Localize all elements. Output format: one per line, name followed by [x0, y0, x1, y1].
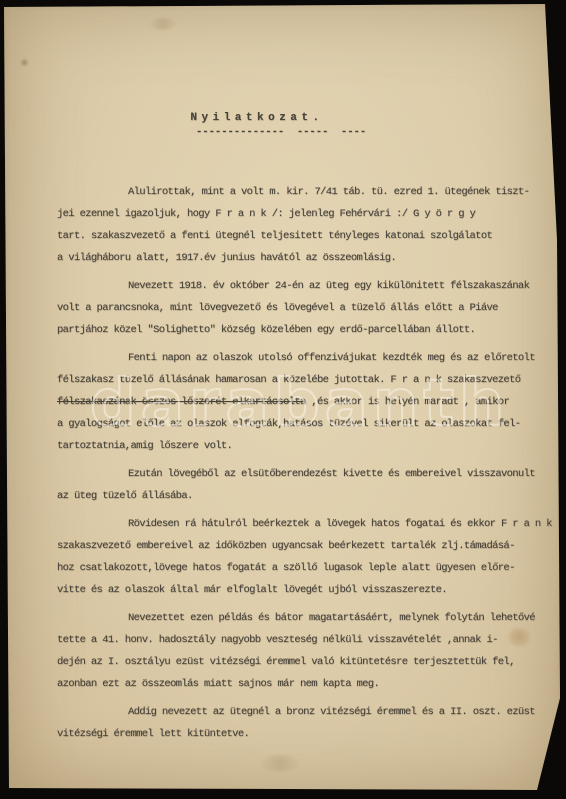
- text-line: dején az I. osztályu ezüst vitézségi ére…: [57, 651, 535, 673]
- document-title: Nyilatkozat.: [0, 112, 540, 124]
- document-body: Alulirottak, mint a volt m. kir. 7/41 tá…: [57, 181, 535, 751]
- text-line: a gyalogságot előle az olaszok elfogták,…: [57, 413, 535, 435]
- text-line: jei ezennel igazoljuk, hogy F r a n k /:…: [57, 203, 535, 225]
- text-line: Rövidesen rá hátulról beérkeztek a löveg…: [57, 513, 535, 535]
- text-line: Ezután lövegéből az elsütőberendezést ki…: [57, 463, 535, 485]
- struck-text: félszakaszának összes lőszerét elkartács…: [57, 396, 306, 408]
- paragraph: Nevezettet ezen példás és bátor magatart…: [57, 607, 535, 695]
- text-line: Nevezett 1918. év október 24-én az üteg …: [57, 275, 535, 297]
- text-line: tartoztatnia,amig lőszere volt.: [57, 435, 535, 457]
- text-line: Addig nevezett az ütegnél a bronz vitézs…: [57, 701, 535, 723]
- text-line: vitézségi éremmel lett kitüntetve.: [57, 723, 535, 745]
- text-line: Fenti napon az olaszok utolsó offenziváj…: [57, 347, 535, 369]
- text-line: Nevezettet ezen példás és bátor magatart…: [57, 607, 535, 629]
- text-line: volt a parancsnoka, mint lövegvezető és …: [57, 297, 535, 319]
- paragraph: Nevezett 1918. év október 24-én az üteg …: [57, 275, 535, 341]
- text-line: félszakaszának összes lőszerét elkartács…: [57, 391, 535, 413]
- paper-sheet: Nyilatkozat. -------------- ----- ---- A…: [0, 0, 566, 799]
- text-line: azonban ezt az összeomlás miatt sajnos m…: [57, 673, 535, 695]
- paragraph: Ezután lövegéből az elsütőberendezést ki…: [57, 463, 535, 507]
- text-segment: ,és akkor is helyén maradt , amikor: [306, 396, 509, 408]
- paragraph: Addig nevezett az ütegnél a bronz vitézs…: [57, 701, 535, 745]
- paragraph: Alulirottak, mint a volt m. kir. 7/41 tá…: [57, 181, 535, 269]
- paper-stain: [260, 755, 300, 771]
- title-underline: -------------- ----- ----: [196, 126, 366, 138]
- paragraph: Fenti napon az olaszok utolsó offenziváj…: [57, 347, 535, 457]
- text-line: tart. szakaszvezető a fenti ütegnél telj…: [57, 225, 535, 247]
- text-line: vitte és az olaszok által már elfoglalt …: [57, 579, 535, 601]
- paper-stain: [21, 59, 28, 66]
- text-line: tette a 41. honv. hadosztály nagyobb ves…: [57, 629, 535, 651]
- text-line: szakaszvezető embereivel az időközben ug…: [57, 535, 535, 557]
- paper-stain: [150, 18, 176, 30]
- text-line: Alulirottak, mint a volt m. kir. 7/41 tá…: [57, 181, 535, 203]
- text-line: az üteg tüzelő állásába.: [57, 485, 535, 507]
- text-line: hoz csatlakozott,lövege hatos fogatát a …: [57, 557, 535, 579]
- scanned-document: Nyilatkozat. -------------- ----- ---- A…: [0, 0, 566, 799]
- text-line: a világháboru alatt, 1917.év junius havá…: [57, 247, 535, 269]
- paragraph: Rövidesen rá hátulról beérkeztek a löveg…: [57, 513, 535, 601]
- text-line: félszakasz tüzelő állásának hamarosan a …: [57, 369, 535, 391]
- text-line: partjához közel "Solighetto" község köze…: [57, 319, 535, 341]
